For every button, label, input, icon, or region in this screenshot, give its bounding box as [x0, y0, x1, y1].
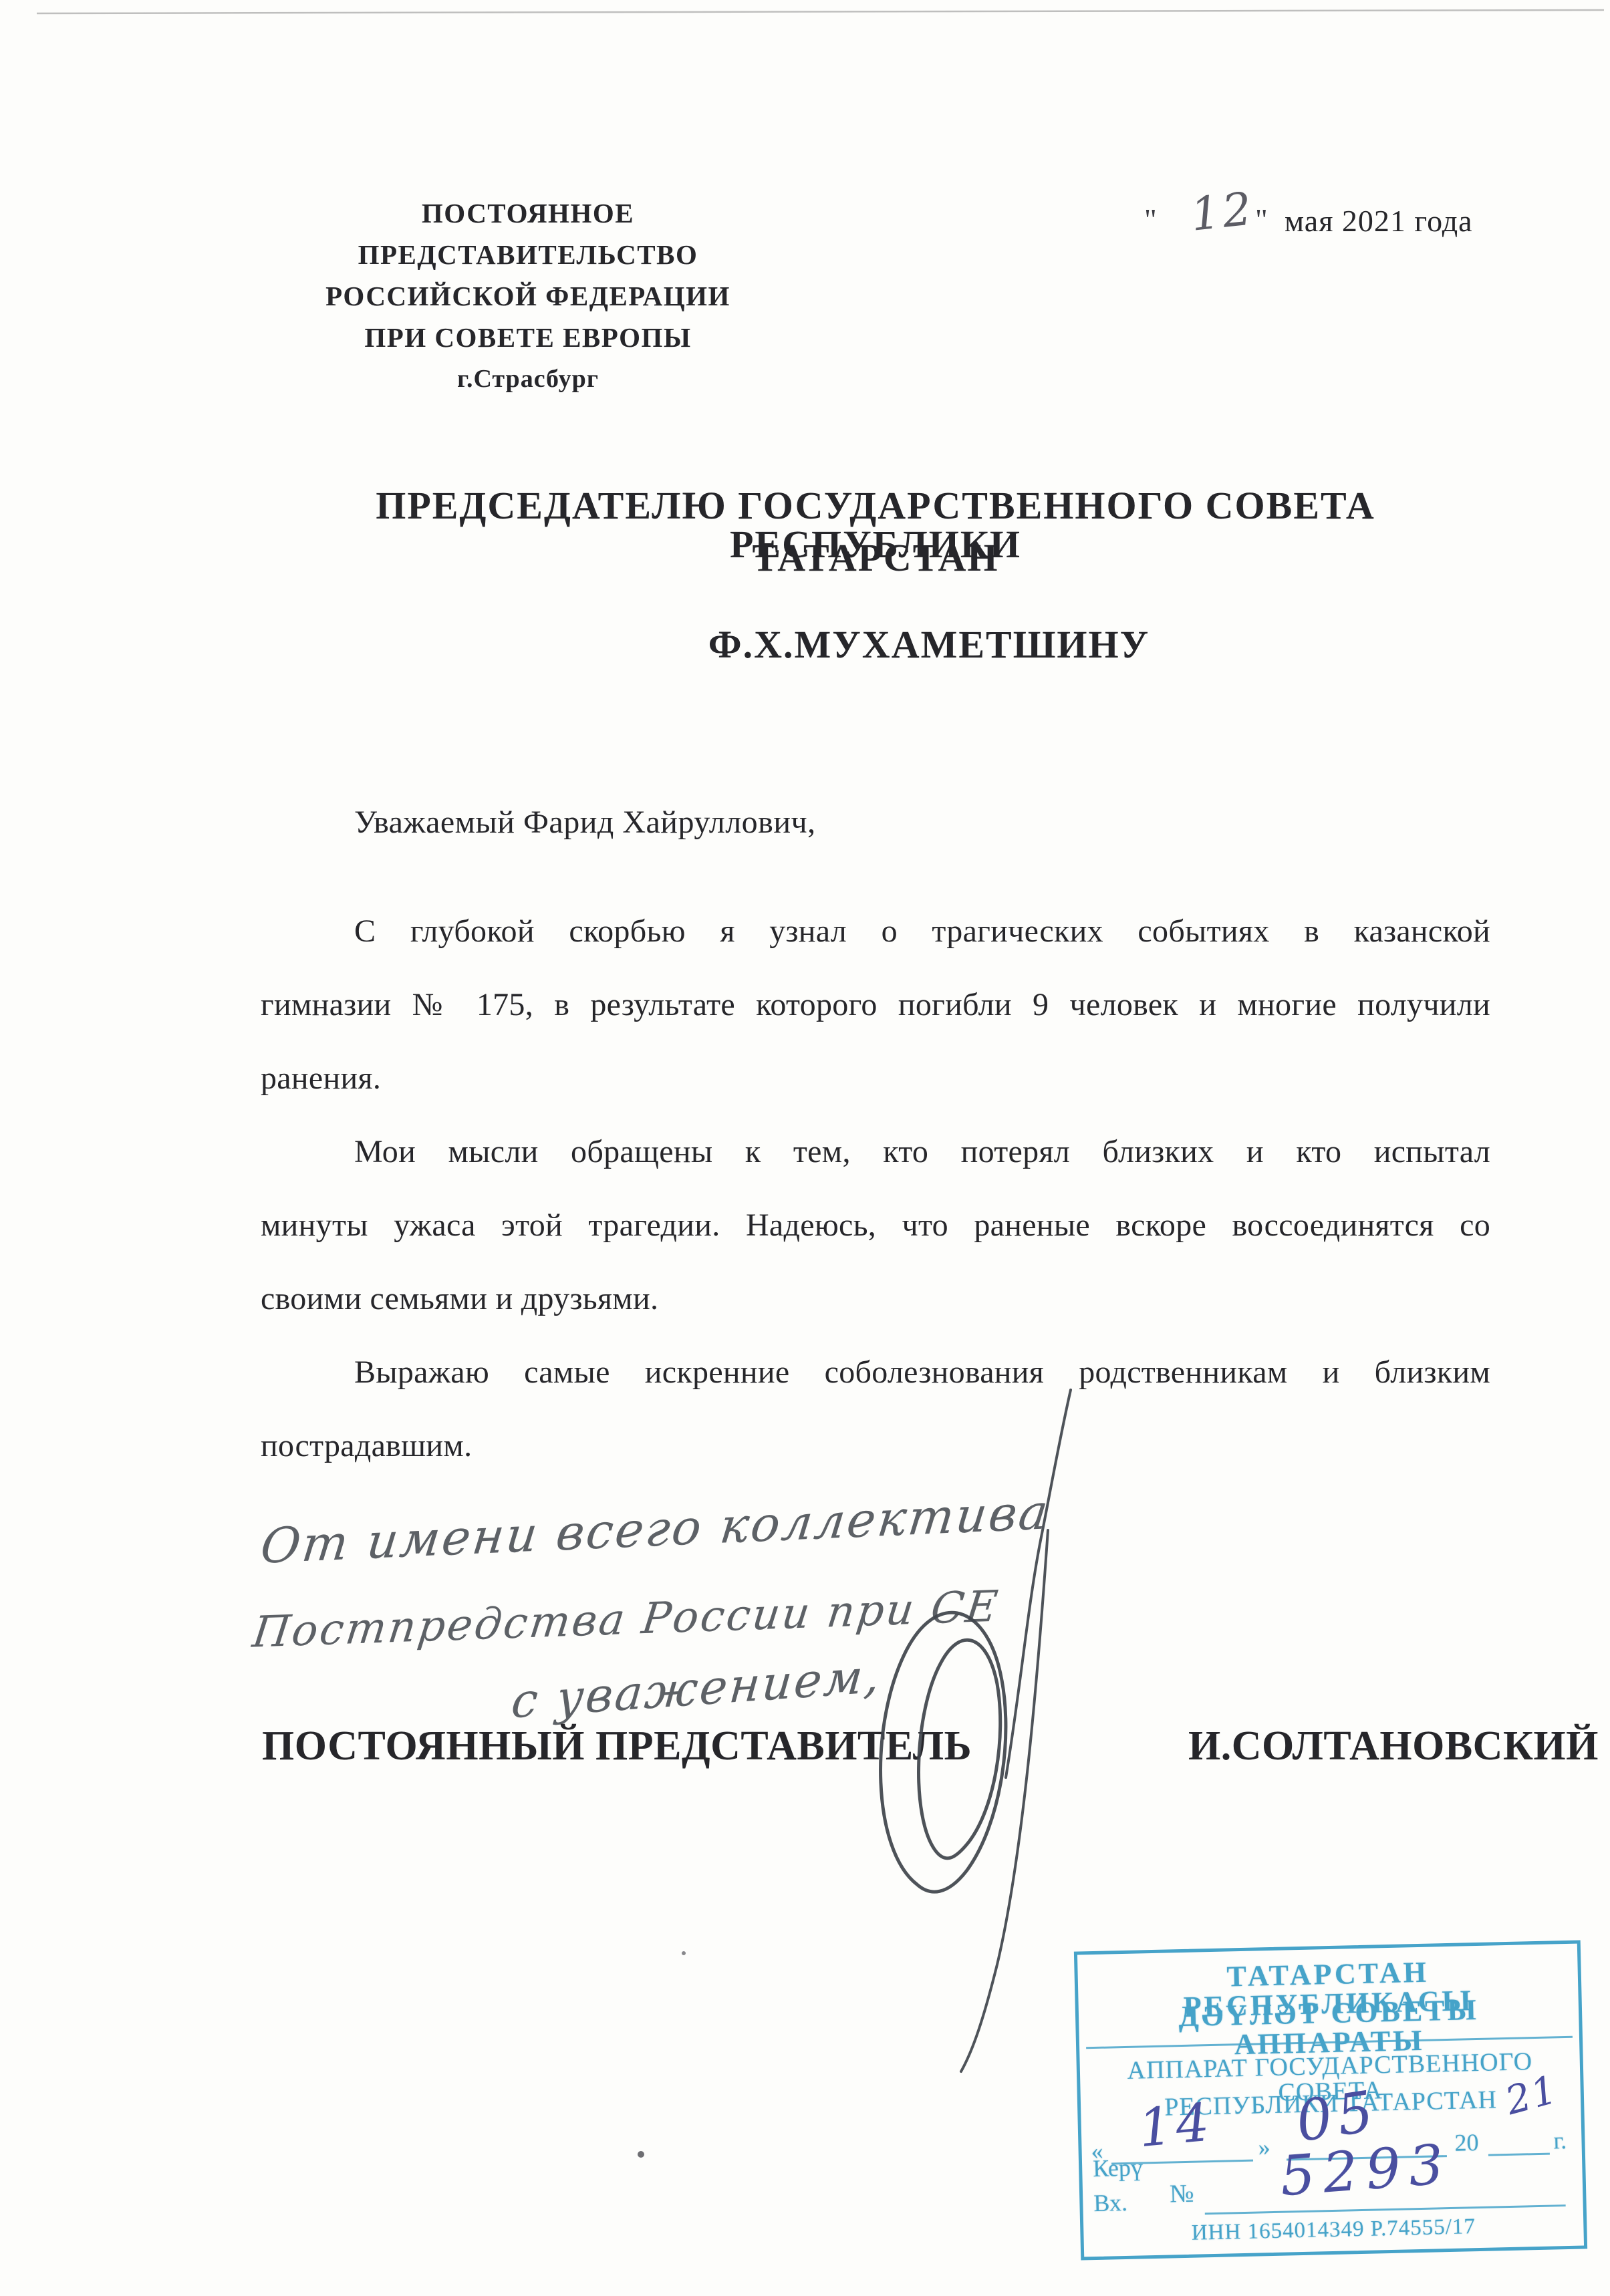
date-close-quote: ": [1255, 204, 1268, 235]
letterhead-line-3: ПРИ СОВЕТЕ ЕВРОПЫ: [261, 317, 795, 358]
stamp-day-handwritten: 14: [1136, 2096, 1215, 2155]
signoff-title: ПОСТОЯННЫЙ ПРЕДСТАВИТЕЛЬ: [262, 1725, 972, 1767]
stamp-in-label-tatar: Керү: [1093, 2155, 1143, 2180]
body-line: своими семьями и друзьями.: [261, 1262, 1490, 1336]
handwritten-note-line-3: с уважением,: [510, 1652, 884, 1725]
date-text: мая 2021 года: [1285, 206, 1473, 237]
letterhead-line-2: РОССИЙСКОЙ ФЕДЕРАЦИИ: [261, 275, 795, 317]
registration-stamp: ТАТАРСТАН РЕСПУБЛИКАСЫ ДӘҮЛӘТ СОВЕТЫ АПП…: [1074, 1940, 1587, 2260]
ink-speck: [682, 1951, 686, 1955]
stamp-year-handwritten: 21: [1502, 2069, 1562, 2120]
body-line: пострадавшим.: [261, 1409, 1490, 1483]
scan-line-artifact: [37, 10, 1604, 13]
date-day-handwritten: 12: [1189, 186, 1256, 239]
addressee-name: Ф.Х.МУХАМЕТШИНУ: [314, 625, 1544, 664]
stamp-year-prefix: 20: [1454, 2130, 1479, 2155]
stamp-inn-line: ИНН 1654014349 Р.74555/17: [1083, 2213, 1584, 2247]
salutation: Уважаемый Фарид Хайруллович,: [354, 807, 816, 839]
handwritten-note-line-2: Постпредства России при СЕ: [250, 1585, 1001, 1654]
letterhead-line-1: ПОСТОЯННОЕ ПРЕДСТАВИТЕЛЬСТВО: [261, 192, 795, 275]
letterhead-city: г.Страсбург: [261, 358, 795, 400]
handwritten-note-line-1: От имени всего коллектива: [258, 1487, 1052, 1570]
date-open-quote: ": [1144, 204, 1157, 235]
stamp-date-close-quote: »: [1258, 2135, 1270, 2159]
body-line: ранения.: [261, 1042, 1490, 1115]
stamp-year-suffix: г.: [1553, 2128, 1567, 2152]
scanned-letter-page: ПОСТОЯННОЕ ПРЕДСТАВИТЕЛЬСТВО РОССИЙСКОЙ …: [0, 0, 1610, 2296]
body-line: минуты ужаса этой трагедии. Надеюсь, что…: [261, 1189, 1490, 1262]
body-line: С глубокой скорбью я узнал о трагических…: [261, 895, 1490, 968]
letter-body: С глубокой скорбью я узнал о трагических…: [261, 895, 1490, 1483]
stamp-in-label-ru: Вх.: [1093, 2190, 1127, 2215]
signoff-name: И.СОЛТАНОВСКИЙ: [1188, 1725, 1599, 1767]
body-line: Мои мысли обращены к тем, кто потерял бл…: [261, 1115, 1490, 1189]
stamp-year-underline: [1488, 2126, 1550, 2156]
body-line: гимназии № 175, в результате которого по…: [261, 968, 1490, 1042]
addressee-line-2: ТАТАРСТАН: [261, 539, 1490, 577]
letterhead: ПОСТОЯННОЕ ПРЕДСТАВИТЕЛЬСТВО РОССИЙСКОЙ …: [261, 192, 795, 400]
stamp-number-handwritten: 5293: [1279, 2137, 1454, 2204]
body-line: Выражаю самые искренние соболезнования р…: [261, 1336, 1490, 1409]
stamp-number-sign: №: [1170, 2181, 1194, 2207]
ink-speck: [638, 2151, 644, 2158]
